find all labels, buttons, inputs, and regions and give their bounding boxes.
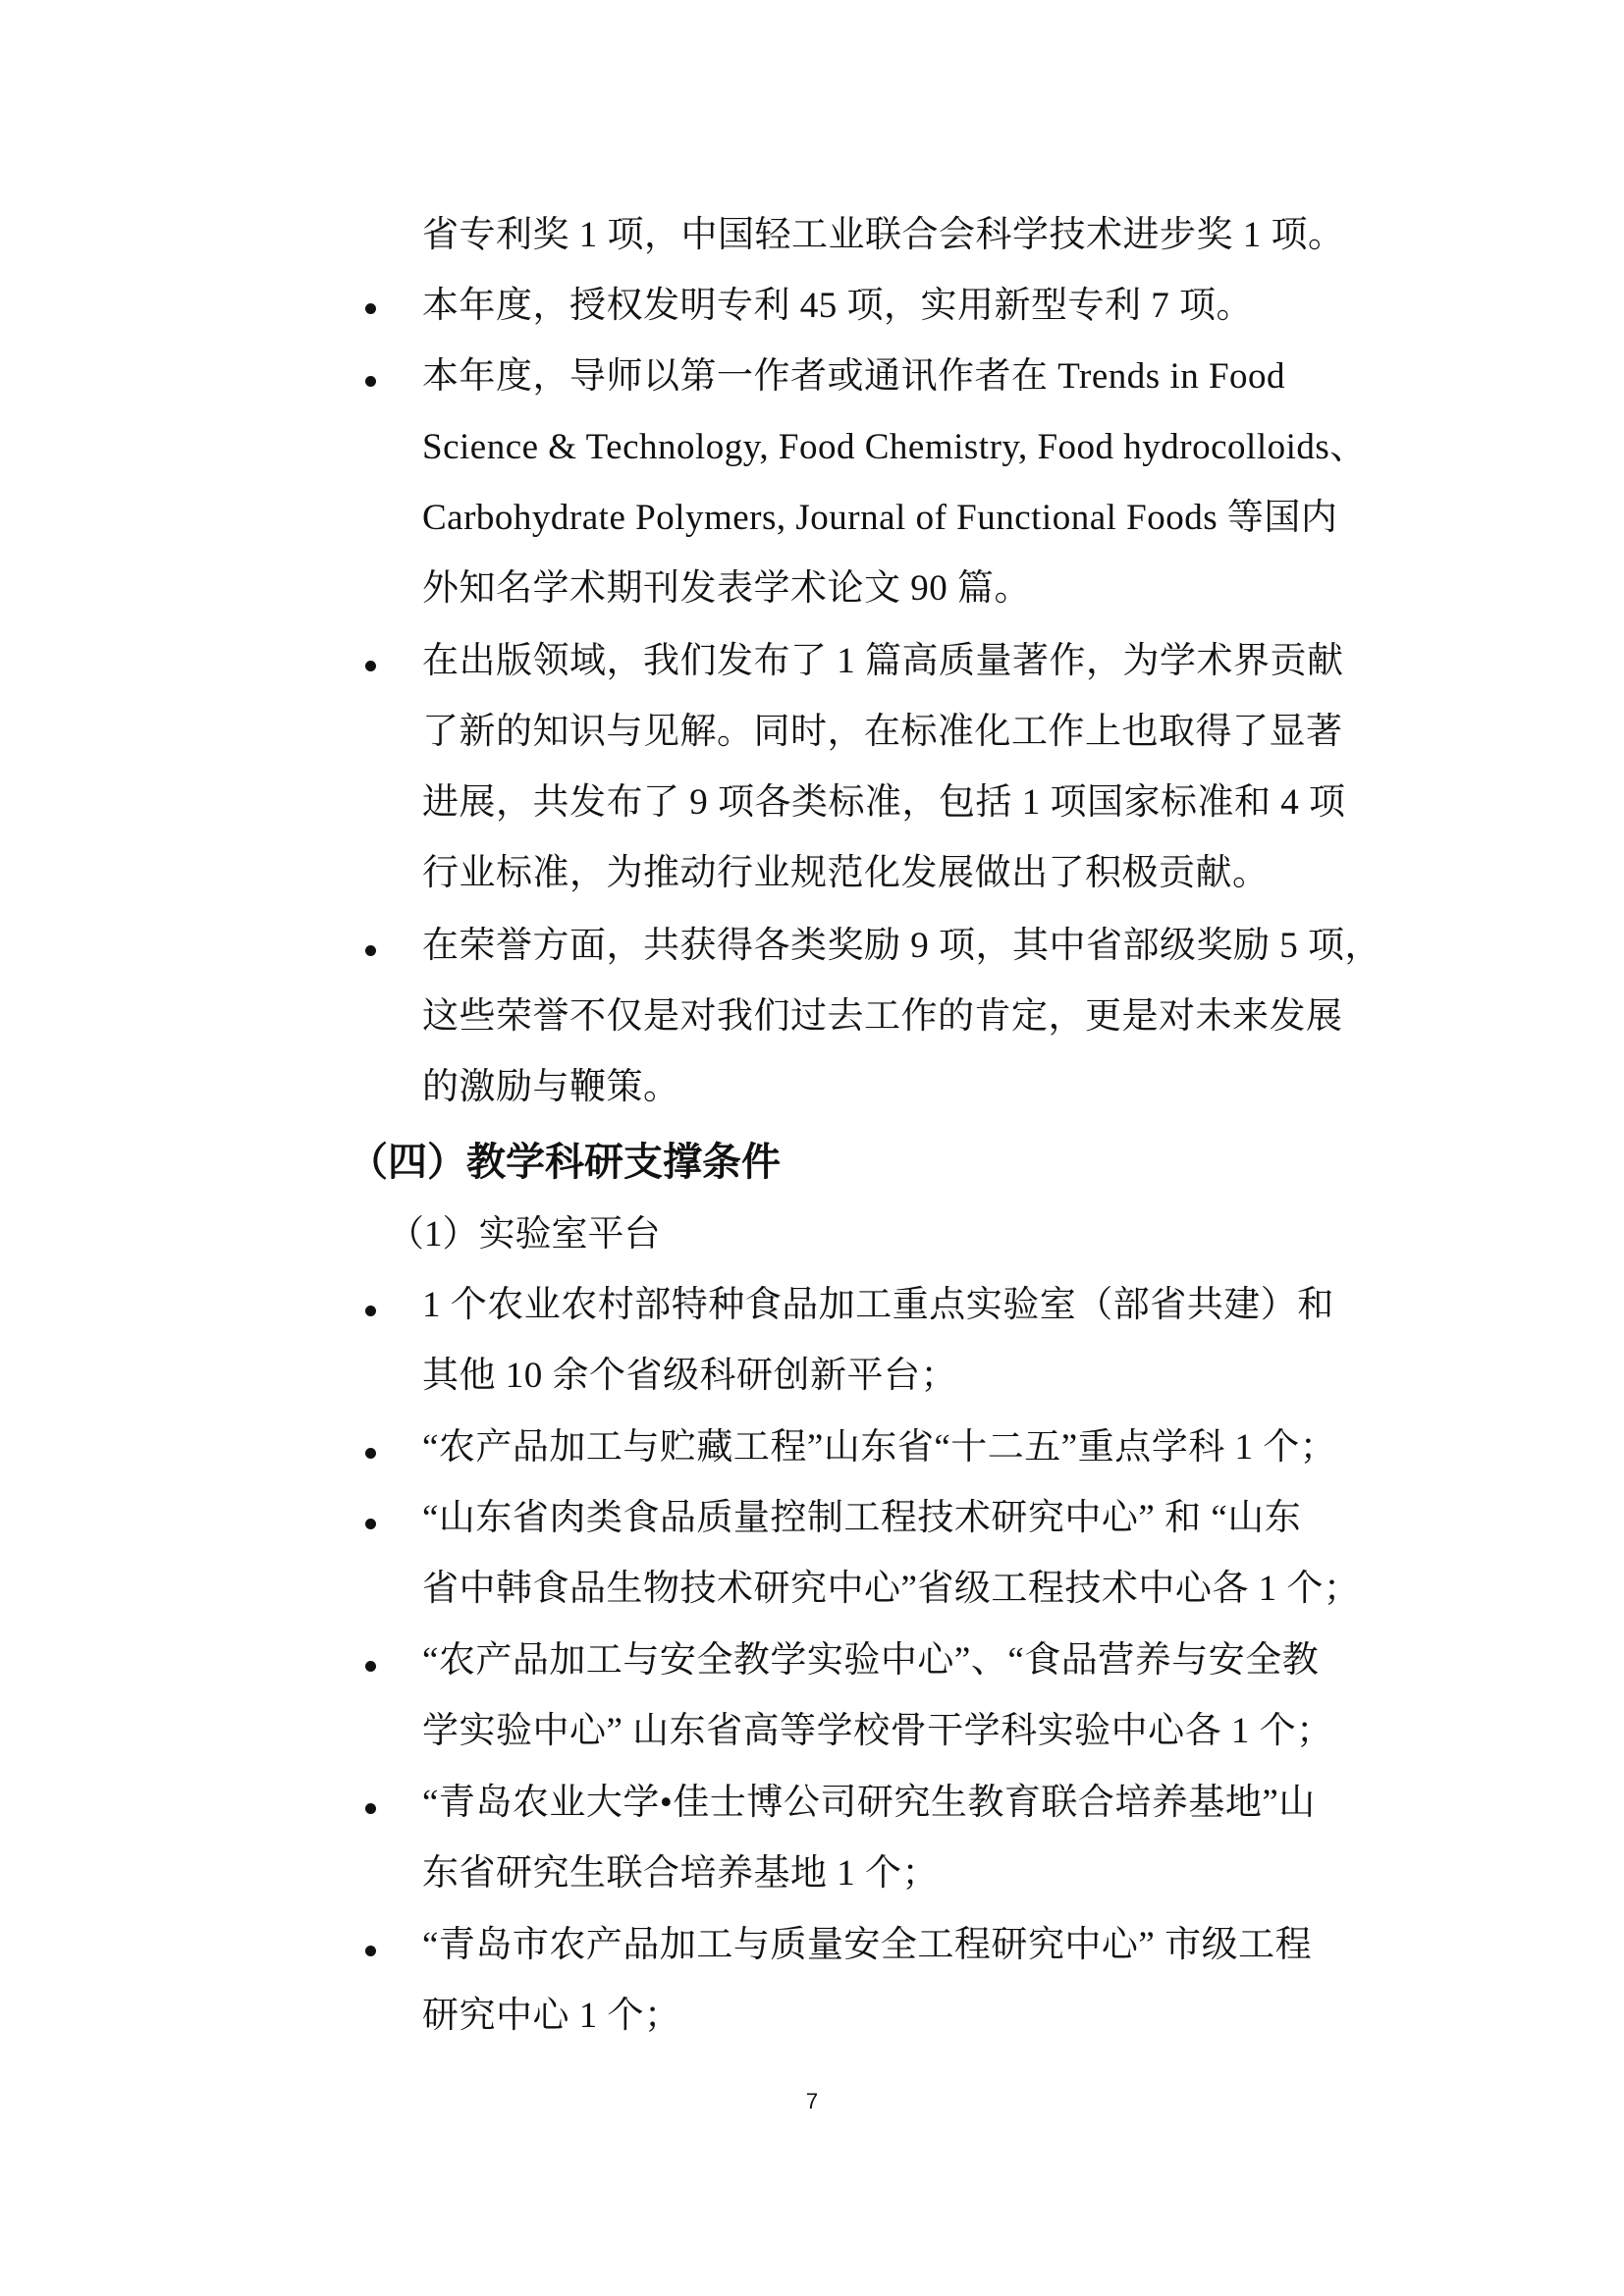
list-item-line: 在荣誉方面，共获得各类奖励 9 项，其中省部级奖励 5 项， [422, 925, 1381, 968]
continuation-text: 省专利奖 1 项，中国轻工业联合会科学技术进步奖 1 项。 [422, 214, 1345, 257]
list-item-line: 这些荣誉不仅是对我们过去工作的肯定，更是对未来发展 [422, 995, 1343, 1039]
list-item-line: “农产品加工与安全教学实验中心”、“食品营养与安全教 [422, 1639, 1319, 1682]
list-item-line: 东省研究生联合培养基地 1 个； [422, 1852, 939, 1896]
list-item-line: “山东省肉类食品质量控制工程技术研究中心” 和 “山东 [422, 1497, 1301, 1540]
bullet-icon [365, 1803, 376, 1814]
bullet-icon [365, 303, 376, 314]
bullet-icon [365, 1448, 376, 1459]
list-item-line: 的激励与鞭策。 [422, 1066, 680, 1109]
bullet-icon [365, 661, 376, 671]
list-item-line: Science & Technology, Food Chemistry, Fo… [422, 426, 1367, 469]
list-item-line: 行业标准，为推动行业规范化发展做出了积极贡献。 [422, 852, 1270, 895]
document-page: 省专利奖 1 项，中国轻工业联合会科学技术进步奖 1 项。 本年度，授权发明专利… [0, 0, 1624, 2296]
subsection-heading: （1）实验室平台 [388, 1213, 661, 1256]
list-item-line: 本年度，导师以第一作者或通讯作者在 Trends in Food [422, 355, 1285, 399]
bullet-icon [365, 1661, 376, 1672]
bullet-icon [365, 1519, 376, 1529]
list-item-line: “青岛市农产品加工与质量安全工程研究中心” 市级工程 [422, 1924, 1312, 1967]
list-item-line: 本年度，授权发明专利 45 项，实用新型专利 7 项。 [422, 285, 1253, 328]
list-item-line: 其他 10 余个省级科研创新平台； [422, 1355, 957, 1398]
list-item-line: 在出版领域，我们发布了 1 篇高质量著作，为学术界贡献 [422, 640, 1344, 683]
list-item-line: “农产品加工与贮藏工程”山东省“十二五”重点学科 1 个； [422, 1426, 1336, 1469]
bullet-icon [365, 1306, 376, 1316]
list-item-line: 1 个农业农村部特种食品加工重点实验室（部省共建）和 [422, 1284, 1334, 1327]
list-item-line: Carbohydrate Polymers, Journal of Functi… [422, 497, 1337, 540]
list-item-line: 研究中心 1 个； [422, 1995, 681, 2038]
list-item-line: 外知名学术期刊发表学术论文 90 篇。 [422, 567, 1031, 611]
bullet-icon [365, 945, 376, 956]
bullet-icon [365, 1946, 376, 1956]
list-item-line: 省中韩食品生物技术研究中心”省级工程技术中心各 1 个； [422, 1568, 1360, 1611]
list-item-line: 进展，共发布了 9 项各类标准，包括 1 项国家标准和 4 项 [422, 781, 1346, 825]
list-item-line: 学实验中心” 山东省高等学校骨干学科实验中心各 1 个； [422, 1710, 1333, 1753]
section-heading: （四）教学科研支撑条件 [349, 1139, 781, 1186]
list-item-line: “青岛农业大学•佳士博公司研究生教育联合培养基地”山 [422, 1782, 1316, 1825]
list-item-line: 了新的知识与见解。同时，在标准化工作上也取得了显著 [422, 711, 1343, 754]
bullet-icon [365, 376, 376, 387]
page-number: 7 [0, 2089, 1624, 2114]
